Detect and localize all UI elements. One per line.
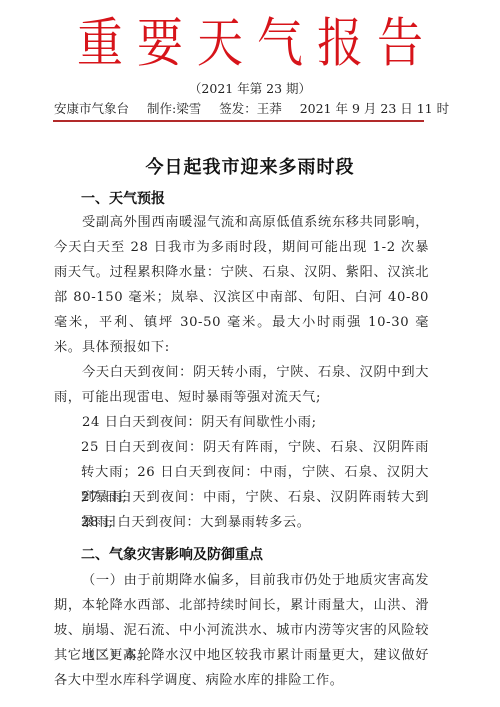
paragraph-forecast-24: 24 日白天到夜间：阴天有间歇性小雨; [54, 410, 429, 435]
paragraph-defense-2: （二）本轮降水汉中地区较我市累计雨量更大，建议做好各大中型水库科学调度、病险水库… [54, 643, 429, 693]
issue-number: （2021 年第 23 期） [0, 79, 500, 97]
producer: 制作:梁雪 [147, 101, 201, 116]
document-title: 今日起我市迎来多雨时段 [0, 153, 500, 179]
section-heading-disaster-defense: 二、气象灾害影响及防御重点 [81, 544, 263, 564]
issuer: 安康市气象台 [54, 101, 129, 116]
paragraph-forecast-intro: 具体预报如下: [54, 335, 429, 360]
header-rule-divider [53, 120, 424, 122]
issue-datetime: 2021 年 9 月 23 日 11 时 [300, 101, 449, 116]
meta-line: 安康市气象台 制作:梁雪 签发：王莽 2021 年 9 月 23 日 11 时 [54, 99, 426, 117]
paragraph-forecast-28: 28 日白天到夜间：大到暴雨转多云。 [81, 510, 429, 535]
paragraph-forecast-today: 今天白天到夜间：阴天转小雨，宁陕、石泉、汉阴中到大雨，可能出现雷电、短时暴雨等强… [54, 360, 429, 410]
signer: 签发：王莽 [219, 101, 282, 116]
masthead-title: 重要天气报告 [0, 8, 500, 77]
section-heading-forecast: 一、天气预报 [81, 188, 165, 208]
